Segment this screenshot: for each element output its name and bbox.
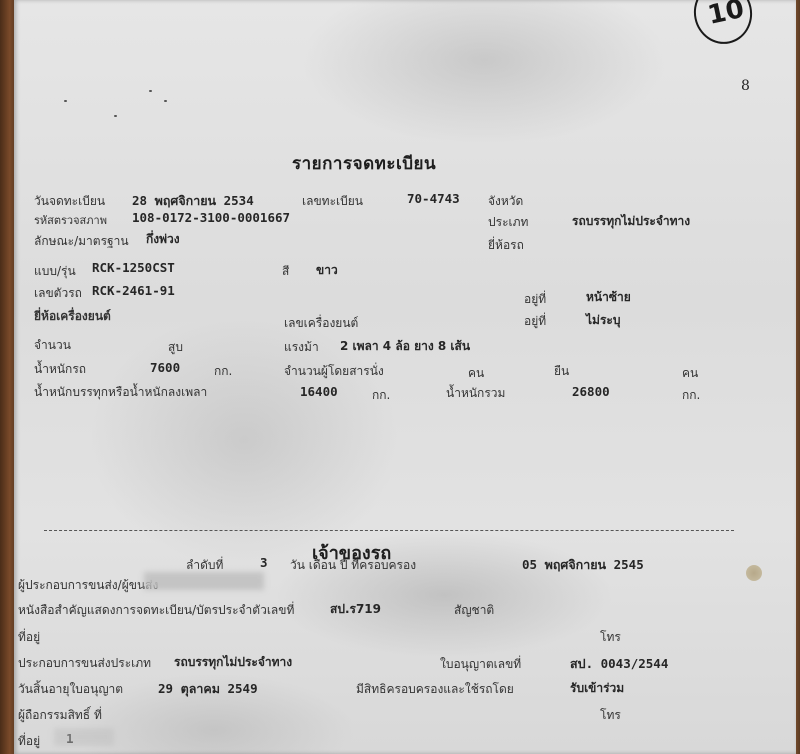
standing-label: ยืน: [554, 362, 569, 381]
registration-document: 10 8 รายการจดทะเบียน วันจดทะเบียน 28 พฤศ…: [14, 0, 796, 754]
color-label: สี: [282, 262, 289, 281]
inspection-code: 108-0172-3100-0001667: [132, 210, 290, 225]
possession-date-label: วัน เดือน ปี ที่ครอบครอง: [290, 556, 416, 575]
chassis-label: เลขตัวรถ: [34, 284, 82, 303]
document-title: รายการจดทะเบียน: [292, 150, 436, 177]
possession-date: 05 พฤศจิกายน 2545: [522, 555, 644, 575]
gross-weight: 26800: [572, 384, 610, 399]
engine-location-value: ไม่ระบุ: [586, 311, 620, 330]
inspection-code-label: รหัสตรวจสภาพ: [34, 211, 107, 229]
engine-location-label: อยู่ที่: [524, 312, 546, 331]
plate-label: เลขทะเบียน: [302, 192, 363, 211]
person-label-2: คน: [682, 364, 698, 383]
right-holder-label: มีสิทธิครอบครองและใช้รถโดย: [356, 680, 514, 699]
payload-label: น้ำหนักบรรทุกหรือน้ำหนักลงเพลา: [34, 383, 207, 402]
nationality-label: สัญชาติ: [454, 601, 494, 620]
address-label-2: ที่อยู่: [18, 732, 40, 751]
type-value: รถบรรทุกไม่ประจำทาง: [572, 212, 690, 231]
kg-label-2: กก.: [372, 386, 390, 405]
quantity-label: จำนวน: [34, 336, 71, 355]
gross-weight-label: น้ำหนักรวม: [446, 384, 505, 403]
registration-date: 28 พฤศจิกายน 2534: [132, 191, 254, 211]
sequence-value: 3: [260, 555, 268, 570]
model-label: แบบ/รุ่น: [34, 262, 76, 281]
license-no-value: สป. 0043/2544: [570, 654, 668, 674]
engine-brand-label: ยี่ห้อเครื่องยนต์: [34, 307, 111, 326]
license-expiry-label: วันสิ้นอายุใบอนุญาต: [18, 680, 123, 699]
ownership-holder-label: ผู้ถือกรรมสิทธิ์ ที่: [18, 706, 102, 725]
type-label: ประเภท: [488, 213, 528, 232]
page-number: 8: [741, 78, 750, 94]
redacted-address: [54, 728, 114, 746]
id-doc-label: หนังสือสำคัญแสดงการจดทะเบียน/บัตรประจำตั…: [18, 601, 294, 620]
transport-type-label: ประกอบการขนส่งประเภท: [18, 654, 151, 673]
chassis-location-value: หน้าซ้าย: [586, 288, 631, 307]
brand-label: ยี่ห้อรถ: [488, 236, 524, 255]
cylinder-label: สูบ: [168, 338, 183, 357]
license-expiry-value: 29 ตุลาคม 2549: [158, 679, 258, 699]
vehicle-weight-label: น้ำหนักรถ: [34, 360, 86, 379]
horsepower-label: แรงม้า: [284, 338, 319, 357]
seated-passengers-label: จำนวนผู้โดยสารนั่ง: [284, 362, 384, 381]
phone-label-2: โทร: [600, 706, 621, 725]
registration-date-label: วันจดทะเบียน: [34, 192, 105, 211]
paper-stain: [746, 565, 762, 581]
address-label: ที่อยู่: [18, 628, 40, 647]
right-holder-value: รับเข้าร่วม: [570, 679, 624, 698]
model-value: RCK-1250CST: [92, 260, 175, 275]
standard-value: กึ่งพ่วง: [146, 230, 180, 249]
id-doc-value: สป.ร719: [330, 600, 381, 619]
person-label-1: คน: [468, 364, 484, 383]
kg-label-3: กก.: [682, 386, 700, 405]
handwritten-circled-number: 10: [688, 0, 758, 49]
transport-type-value: รถบรรทุกไม่ประจำทาง: [174, 653, 292, 672]
redacted-operator-name: [144, 572, 264, 590]
kg-label-1: กก.: [214, 362, 232, 381]
plate-number: 70-4743: [407, 191, 460, 206]
operator-label: ผู้ประกอบการขนส่ง/ผู้ขนส่ง: [18, 576, 158, 595]
standard-label: ลักษณะ/มาตรฐาน: [34, 232, 129, 251]
vehicle-weight: 7600: [150, 360, 180, 375]
license-no-label: ใบอนุญาตเลขที่: [440, 655, 521, 674]
chassis-location-label: อยู่ที่: [524, 290, 546, 309]
engine-number-label: เลขเครื่องยนต์: [284, 314, 358, 333]
handwritten-mark: 10: [705, 0, 747, 31]
axle-info: 2 เพลา 4 ล้อ ยาง 8 เส้น: [340, 337, 470, 356]
chassis-value: RCK-2461-91: [92, 283, 175, 298]
phone-label-1: โทร: [600, 628, 621, 647]
perforation-line: [44, 530, 734, 531]
payload-value: 16400: [300, 384, 338, 399]
color-value: ขาว: [316, 261, 338, 280]
province-label: จังหวัด: [488, 192, 523, 211]
